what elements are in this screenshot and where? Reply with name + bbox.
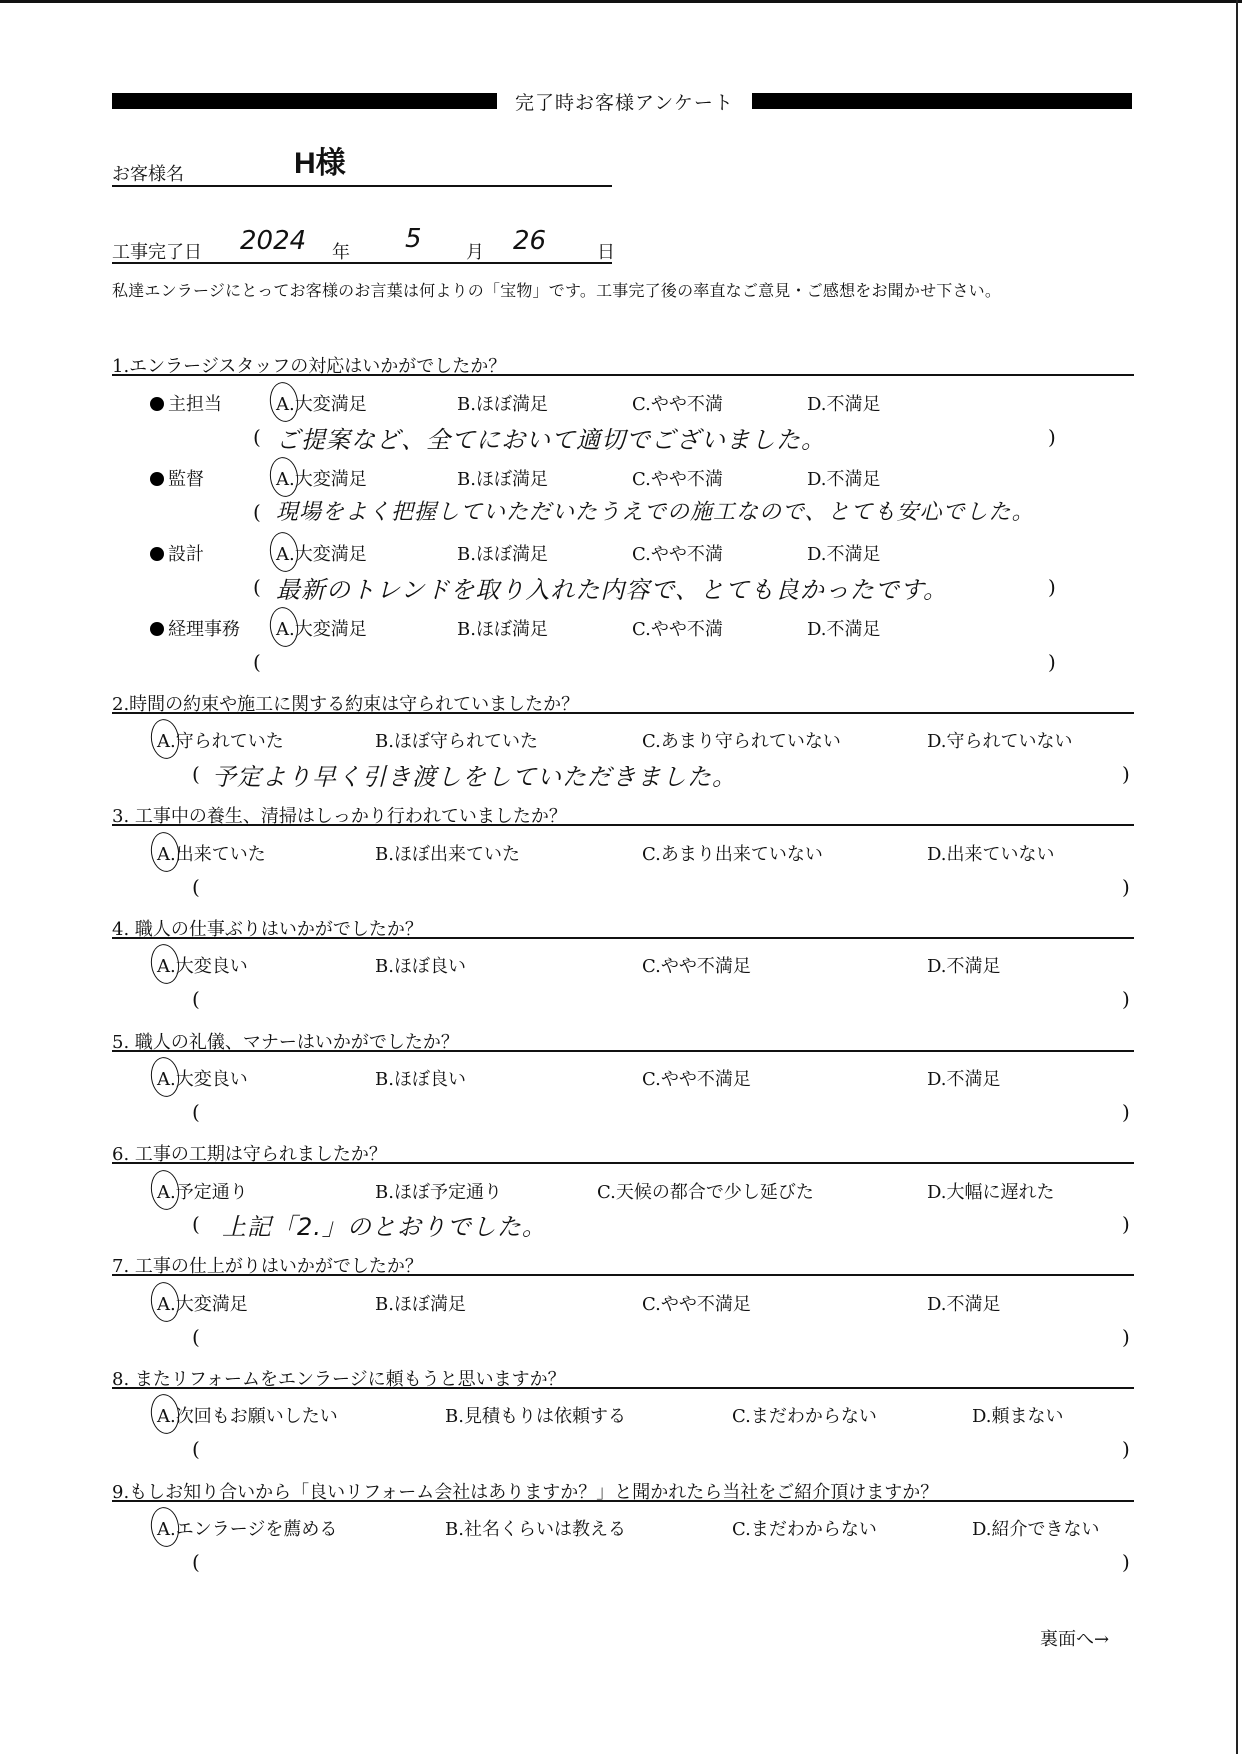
option-c[interactable]: C.まだわからない [732,1402,877,1428]
option-a-selected[interactable]: A.守られていた [157,727,284,753]
option-a-selected[interactable]: A.エンラージを薦める [157,1515,337,1541]
open-paren: ( [192,1550,200,1574]
close-paren: ) [1048,575,1056,599]
q1-row-label: 経理事務 [150,615,240,641]
completion-date-line [112,262,612,264]
question-rule [112,824,1134,826]
option-a-selected[interactable]: A.大変良い [157,1065,248,1091]
comment-text[interactable]: 最新のトレンドを取り入れた内容で、とても良かったです。 [276,570,948,605]
option-d[interactable]: D.不満足 [927,1290,1001,1316]
option-a-selected[interactable]: A.次回もお願いしたい [157,1402,338,1428]
title-bar-right [752,93,1132,109]
question-rule [112,1050,1134,1052]
option-d[interactable]: D.不満足 [807,540,881,566]
page-right-border [1236,0,1238,1754]
option-d[interactable]: D.不満足 [807,615,881,641]
q1-row-label: 監督 [150,465,204,491]
intro-text: 私達エンラージにとってお客様のお言葉は何よりの「宝物」です。工事完了後の率直なご… [112,278,1001,301]
comment-text[interactable]: 予定より早く引き渡しをしていただきました。 [212,757,737,792]
close-paren: ) [1122,875,1130,899]
option-b[interactable]: B.社名くらいは教える [445,1515,626,1541]
page-top-border [0,0,1242,3]
option-b[interactable]: B.ほぼ満足 [457,465,548,491]
option-b[interactable]: B.ほぼ満足 [375,1290,466,1316]
option-c[interactable]: C.やや不満 [632,390,723,416]
option-c[interactable]: C.あまり出来ていない [642,840,823,866]
close-paren: ) [1122,1100,1130,1124]
title-bar-left [112,93,497,109]
question-rule [112,1387,1134,1389]
option-a-selected[interactable]: A.大変満足 [276,615,367,641]
completion-year: 2024 [240,226,306,256]
question-rule [112,1162,1134,1164]
q1-rule [112,374,1134,376]
comment-text[interactable]: 現場をよく把握していただいたうえでの施工なので、とても安心でした。 [276,495,1035,526]
customer-label: お客様名 [112,160,184,186]
completion-day: 26 [513,226,546,256]
comment-text[interactable]: ご提案など、全てにおいて適切でございました。 [276,420,826,455]
option-c[interactable]: C.やや不満 [632,465,723,491]
option-b[interactable]: B.ほぼ満足 [457,390,548,416]
option-d[interactable]: D.頼まない [972,1402,1064,1428]
option-b[interactable]: B.ほぼ満足 [457,615,548,641]
option-a-selected[interactable]: A.大変満足 [276,540,367,566]
option-d[interactable]: D.守られていない [927,727,1073,753]
option-b[interactable]: B.ほぼ守られていた [375,727,538,753]
option-d[interactable]: D.紹介できない [972,1515,1100,1541]
option-c[interactable]: C.やや不満 [632,615,723,641]
next-page-link[interactable]: 裏面へ→ [1040,1625,1109,1651]
option-c[interactable]: C.やや不満足 [642,1290,751,1316]
option-d[interactable]: D.不満足 [807,465,881,491]
survey-title-row: 完了時お客様アンケート [112,88,1132,114]
open-paren: ( [192,1100,200,1124]
option-b[interactable]: B.見積もりは依頼する [445,1402,626,1428]
option-c[interactable]: C.やや不満足 [642,1065,751,1091]
open-paren: ( [192,1437,200,1461]
option-a-selected[interactable]: A.大変満足 [157,1290,248,1316]
open-paren: ( [192,762,200,786]
bullet-icon [150,472,164,486]
option-d[interactable]: D.不満足 [927,1065,1001,1091]
year-unit: 年 [332,238,350,264]
option-c[interactable]: C.まだわからない [732,1515,877,1541]
open-paren: ( [253,500,261,524]
option-d[interactable]: D.不満足 [927,952,1001,978]
survey-title: 完了時お客様アンケート [497,88,752,115]
open-paren: ( [192,987,200,1011]
option-d[interactable]: D.出来ていない [927,840,1055,866]
question-rule [112,712,1134,714]
open-paren: ( [253,650,261,674]
day-unit: 日 [597,238,615,264]
q1-row-label: 主担当 [150,390,222,416]
option-a-selected[interactable]: A.出来ていた [157,840,266,866]
completion-month: 5 [405,224,422,254]
open-paren: ( [192,1212,200,1236]
close-paren: ) [1048,650,1056,674]
option-a-selected[interactable]: A.大変満足 [276,390,367,416]
option-d[interactable]: D.大幅に遅れた [927,1178,1055,1204]
close-paren: ) [1122,987,1130,1011]
open-paren: ( [192,1325,200,1349]
option-c[interactable]: C.やや不満足 [642,952,751,978]
close-paren: ) [1122,1212,1130,1236]
option-b[interactable]: B.ほぼ満足 [457,540,548,566]
option-c[interactable]: C.あまり守られていない [642,727,841,753]
close-paren: ) [1122,1325,1130,1349]
customer-name: H様 [294,138,346,182]
option-a-selected[interactable]: A.大変良い [157,952,248,978]
option-c[interactable]: C.天候の都合で少し延びた [597,1178,814,1204]
option-d[interactable]: D.不満足 [807,390,881,416]
option-a-selected[interactable]: A.大変満足 [276,465,367,491]
close-paren: ) [1122,762,1130,786]
bullet-icon [150,622,164,636]
completion-date-label: 工事完了日 [112,238,202,264]
option-b[interactable]: B.ほぼ予定通り [375,1178,502,1204]
open-paren: ( [253,425,261,449]
comment-text[interactable]: 上記「2.」のとおりでした。 [222,1207,547,1242]
option-c[interactable]: C.やや不満 [632,540,723,566]
q1-row-label: 設計 [150,540,204,566]
bullet-icon [150,397,164,411]
question-rule [112,937,1134,939]
open-paren: ( [253,575,261,599]
option-a-selected[interactable]: A.予定通り [157,1178,248,1204]
month-unit: 月 [466,238,484,264]
close-paren: ) [1122,1437,1130,1461]
open-paren: ( [192,875,200,899]
customer-name-line [112,185,612,187]
option-b[interactable]: B.ほぼ良い [375,952,466,978]
question-rule [112,1274,1134,1276]
option-b[interactable]: B.ほぼ出来ていた [375,840,520,866]
option-b[interactable]: B.ほぼ良い [375,1065,466,1091]
close-paren: ) [1048,425,1056,449]
close-paren: ) [1122,1550,1130,1574]
question-rule [112,1500,1134,1502]
bullet-icon [150,547,164,561]
